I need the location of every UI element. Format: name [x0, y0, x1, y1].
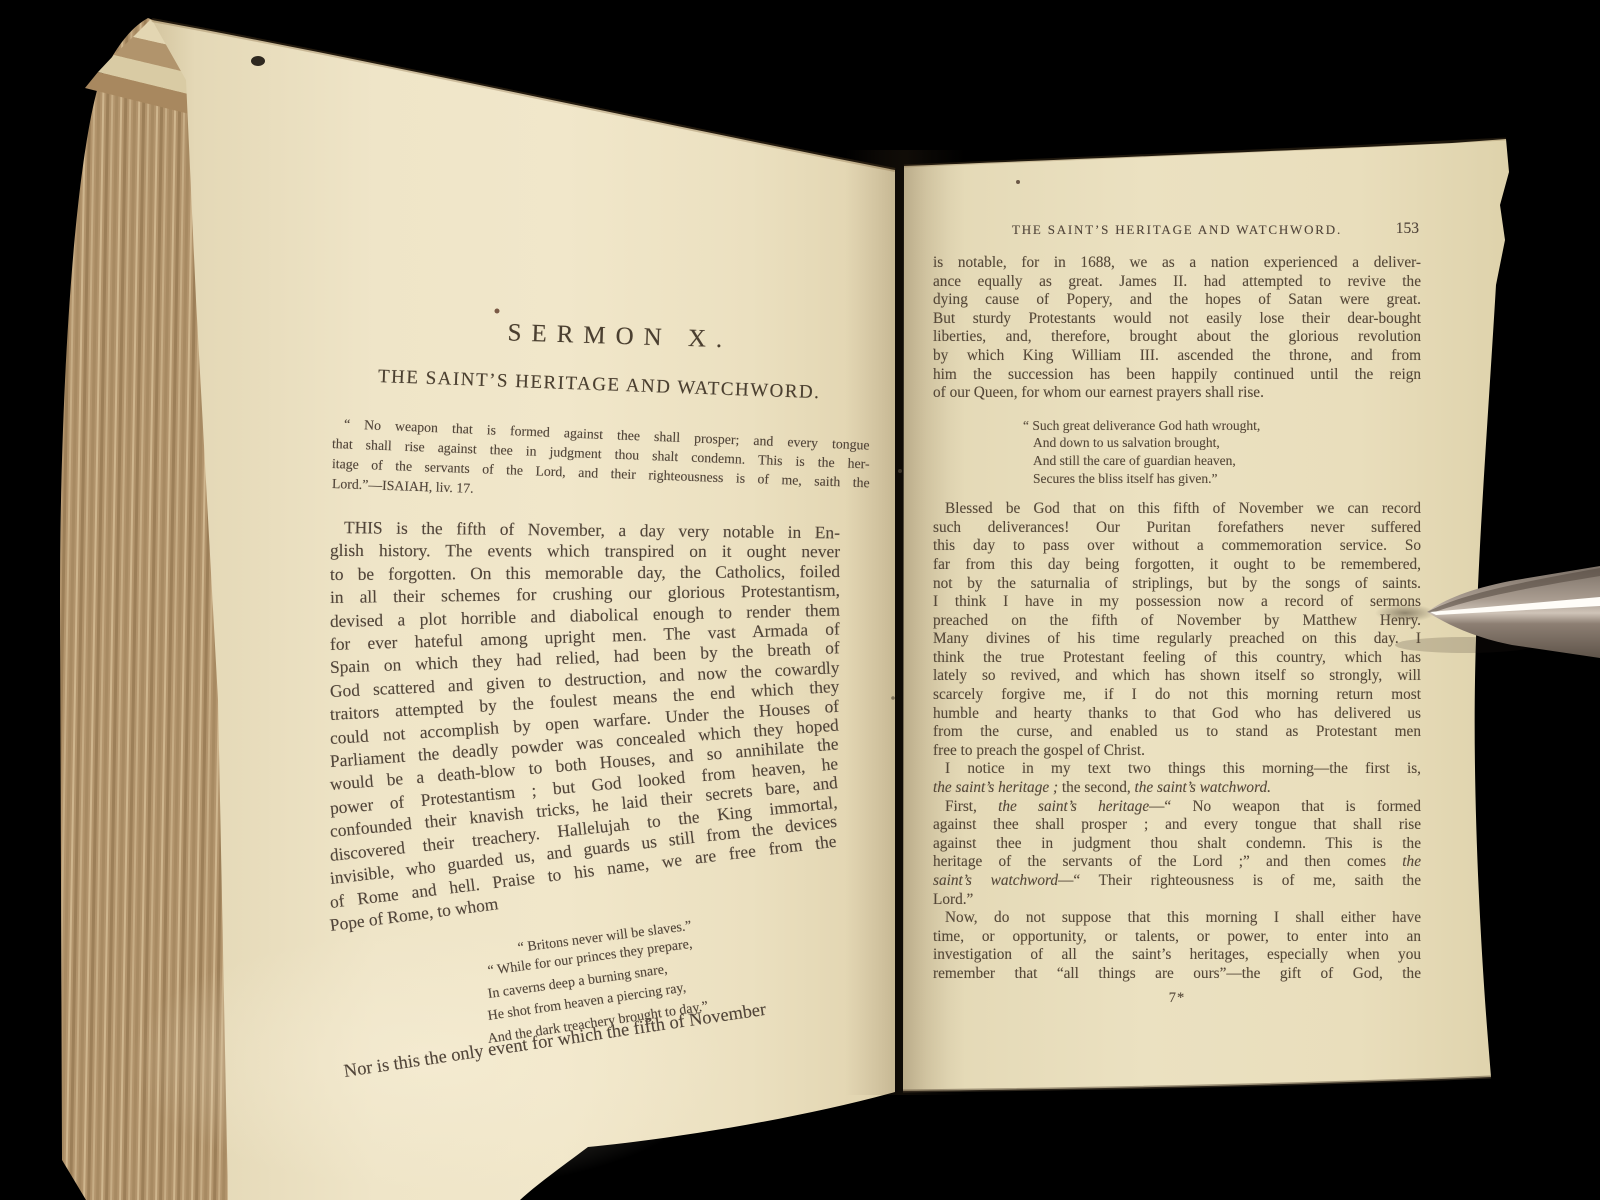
left-page-text: SERMON X. THE SAINT’S HERITAGE AND WATCH…: [330, 316, 840, 1082]
paragraph-heritage-watchword: First, the saint’s heritage—“ No weapon …: [933, 798, 1421, 910]
left-page-closing-line: Nor is this the only event for which the…: [330, 1061, 840, 1082]
paragraph-two-things: I notice in my text two things this morn…: [933, 760, 1421, 797]
page-number: 153: [1396, 220, 1419, 238]
epigraph-scripture: “ No weapon that is formed against thee …: [332, 414, 870, 494]
photo-stage: SERMON X. THE SAINT’S HERITAGE AND WATCH…: [0, 0, 1600, 1200]
sermon-subheading: THE SAINT’S HERITAGE AND WATCHWORD.: [378, 366, 840, 405]
running-head-title: THE SAINT’S HERITAGE AND WATCHWORD.: [1012, 222, 1342, 237]
signature-mark: 7*: [933, 990, 1421, 1007]
paragraph-blessed: Blessed be God that on this fifth of Nov…: [933, 500, 1421, 760]
running-head: THE SAINT’S HERITAGE AND WATCHWORD. 153: [933, 222, 1421, 238]
paragraph-deliverance: is notable, for in 1688, we as a nation …: [933, 254, 1421, 403]
sermon-body-left: THIS is the fifth of November, a day ver…: [330, 516, 840, 937]
right-page-text: THE SAINT’S HERITAGE AND WATCHWORD. 153 …: [933, 222, 1421, 1007]
hymn-verse-right: “ Such great deliverance God hath wrough…: [1033, 417, 1421, 487]
paragraph-now-suppose: Now, do not suppose that this morning I …: [933, 909, 1421, 983]
sermon-heading: SERMON X.: [400, 316, 841, 358]
